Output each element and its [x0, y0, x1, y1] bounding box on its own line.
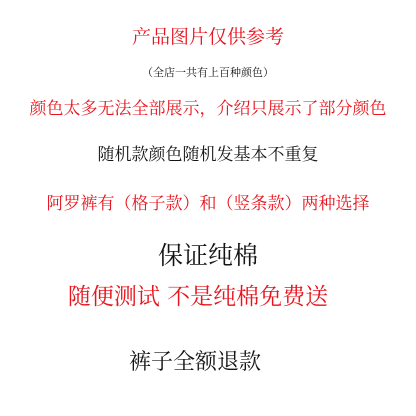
notice-pure-cotton-guarantee: 保证纯棉 — [0, 243, 416, 268]
notice-product-images-reference: 产品图片仅供参考 — [0, 28, 416, 47]
notice-hundreds-of-colors: （全店一共有上百种颜色） — [0, 67, 416, 78]
notice-partial-colors-shown: 颜色太多无法全部展示，介绍只展示了部分颜色 — [0, 101, 416, 118]
notice-full-refund: 裤子全额退款 — [0, 352, 403, 374]
notice-two-styles: 阿罗裤有（格子款）和（竖条款）两种选择 — [0, 196, 416, 213]
notice-free-if-not-cotton: 随便测试 不是纯棉免费送 — [0, 286, 406, 309]
notice-random-colors: 随机款颜色随机发基本不重复 — [0, 147, 416, 164]
